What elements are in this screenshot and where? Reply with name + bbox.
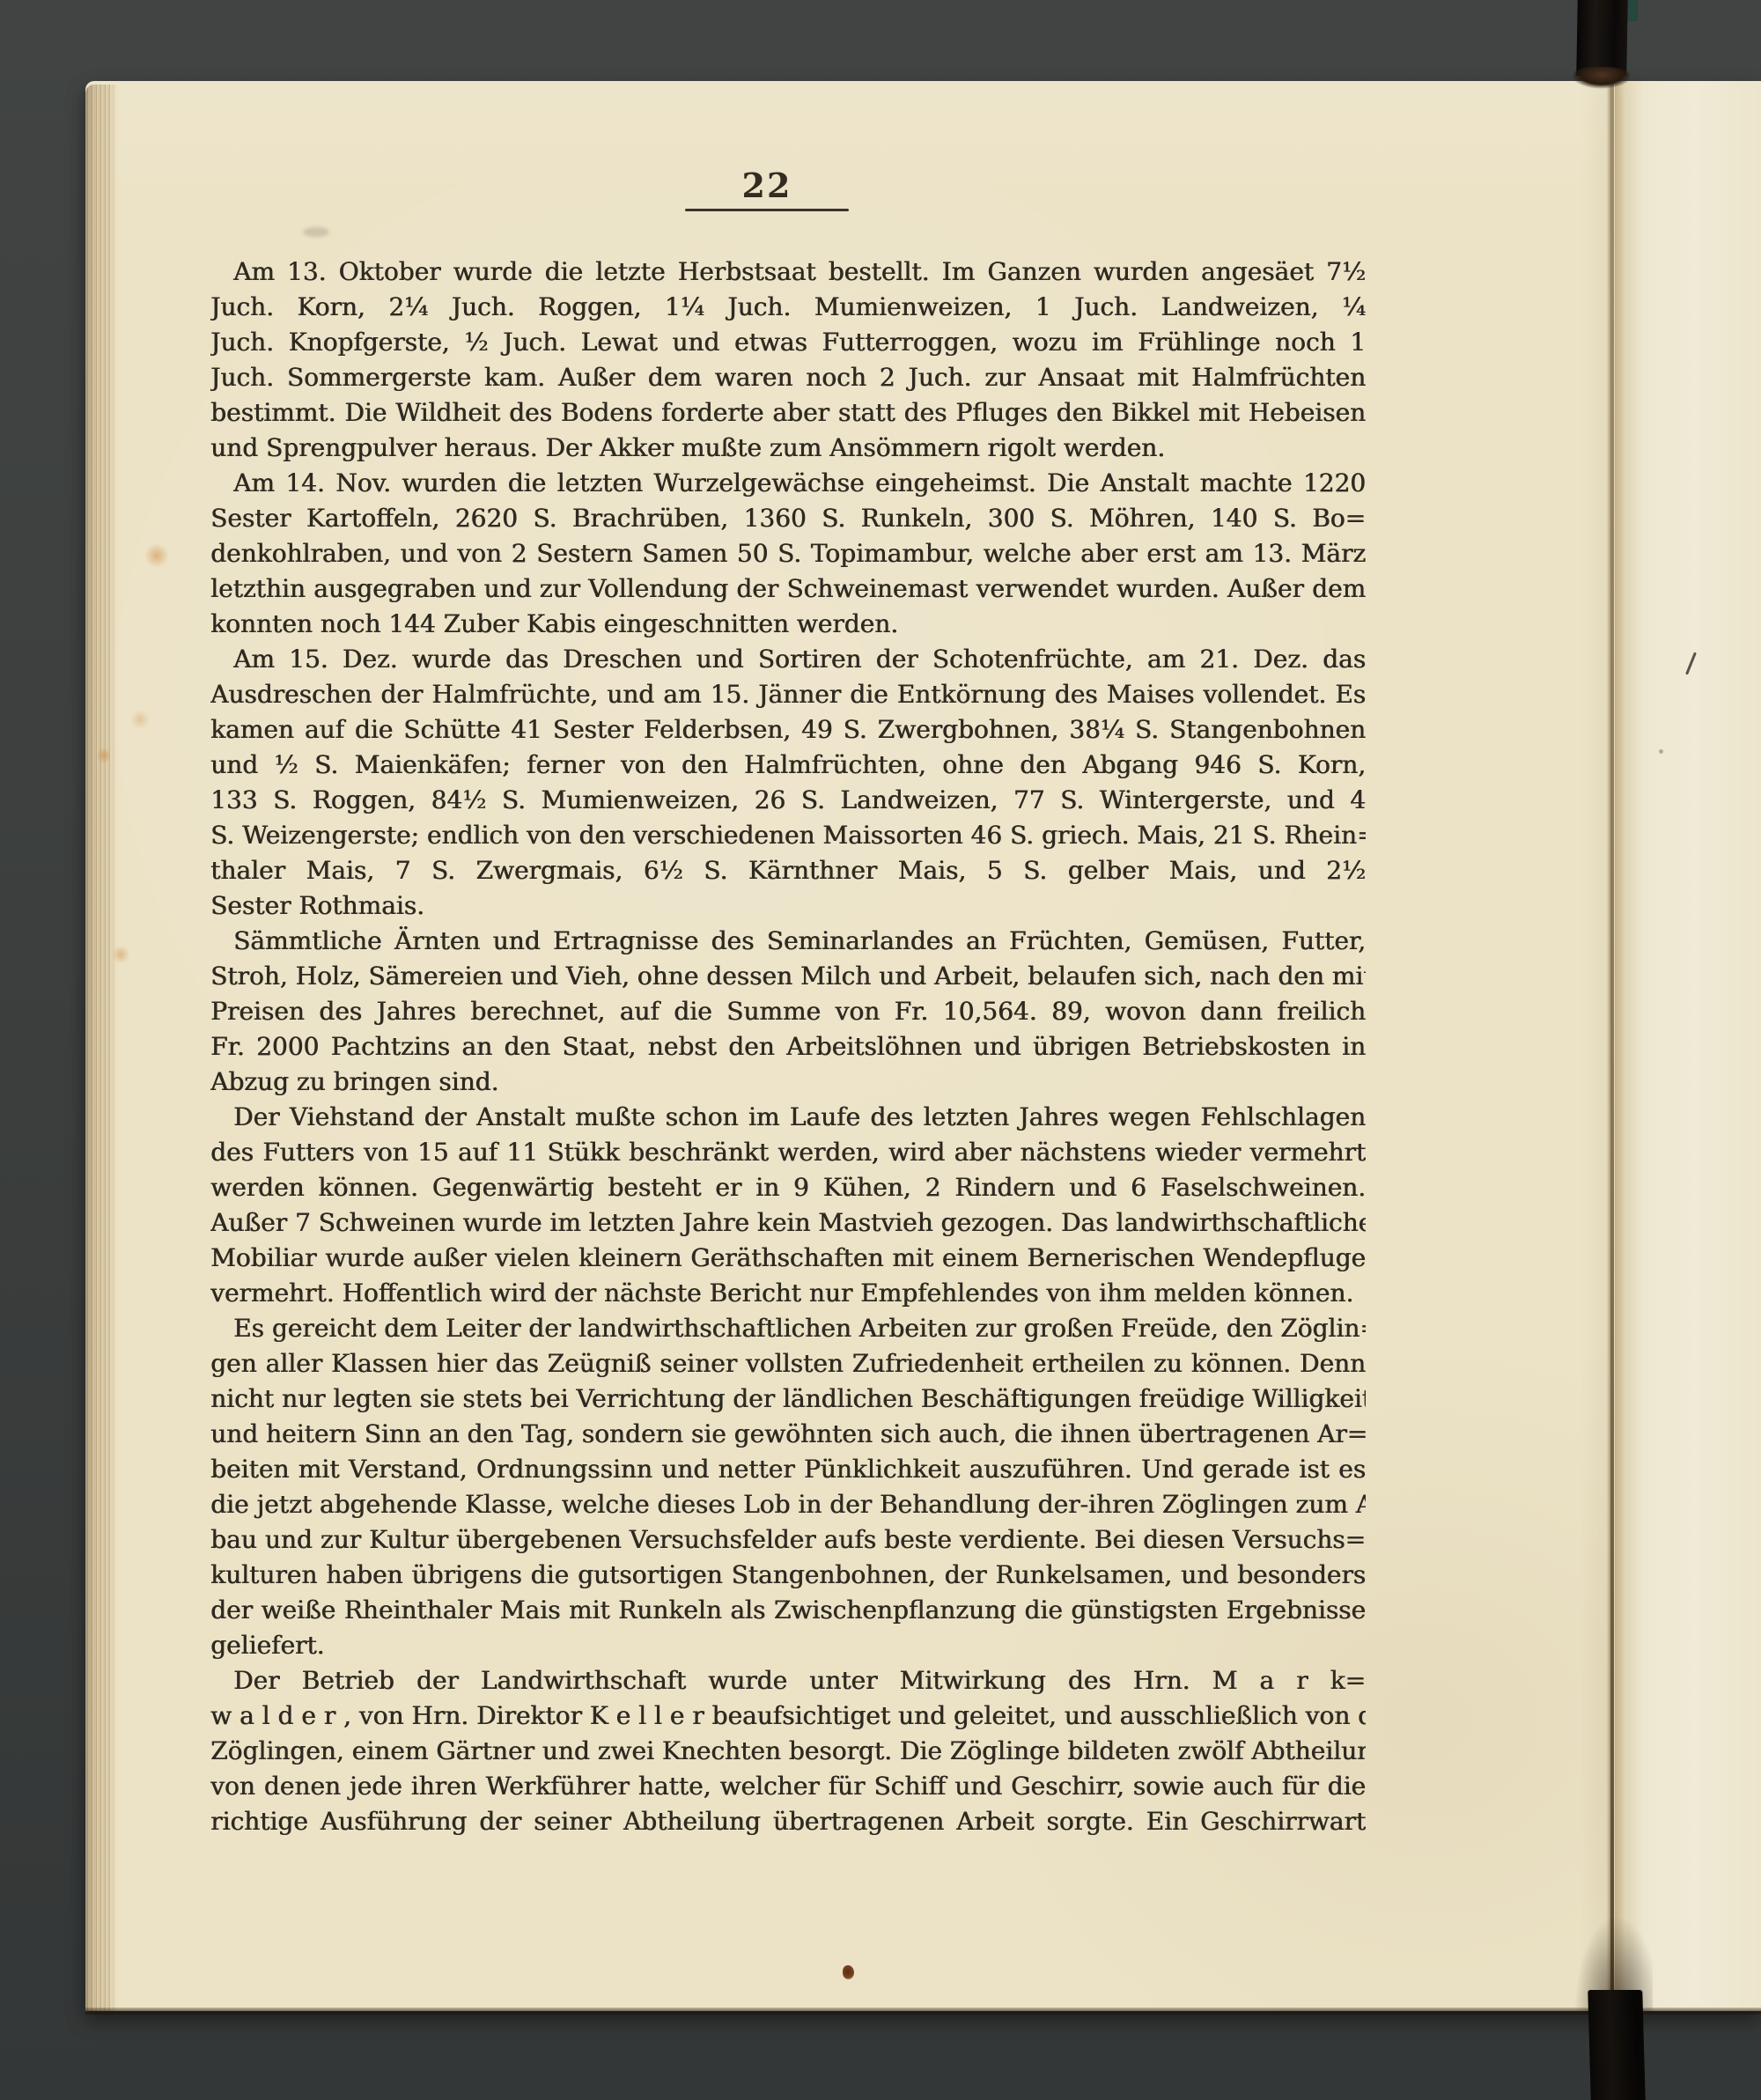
text-line: Ausdreschen der Halmfrüchte, und am 15. … <box>210 677 1366 712</box>
paragraph: Am 15. Dez. wurde das Dreschen und Sorti… <box>210 642 1366 924</box>
text-line: Sester Rothmais. <box>210 888 1366 924</box>
text-line: Abzug zu bringen sind. <box>210 1065 1366 1100</box>
page-number: 22 <box>742 166 792 205</box>
text-line: denkohlraben, und von 2 Sestern Samen 50… <box>210 536 1366 571</box>
text-line: beiten mit Verstand, Ordnungssinn und ne… <box>210 1452 1366 1487</box>
paragraph: Der Betrieb der Landwirthschaft wurde un… <box>210 1663 1366 1839</box>
paragraph: Am 14. Nov. wurden die letzten Wurzelgew… <box>210 466 1366 642</box>
brown-stain <box>843 1965 854 1979</box>
text-line: w a l d e r , von Hrn. Direktor K e l l … <box>210 1698 1366 1734</box>
foxing-spot <box>98 747 110 764</box>
text-line: S. Weizengerste; endlich von den verschi… <box>210 818 1366 853</box>
bookmark-ribbon-bottom <box>1588 1990 1645 2100</box>
text-line: und ½ S. Maienkäfen; ferner von den Halm… <box>210 748 1366 783</box>
text-line: kamen auf die Schütte 41 Sester Felderbs… <box>210 712 1366 748</box>
text-line: von denen jede ihren Werkführer hatte, w… <box>210 1769 1366 1804</box>
text-line: Außer 7 Schweinen wurde im letzten Jahre… <box>210 1205 1366 1241</box>
text-line: Es gereicht dem Leiter der landwirthscha… <box>210 1311 1366 1346</box>
smudge-mark <box>303 227 329 237</box>
text-line: die jetzt abgehende Klasse, welche diese… <box>210 1487 1366 1522</box>
text-line: konnten noch 144 Zuber Kabis eingeschnit… <box>210 607 1366 642</box>
dust-speck <box>1659 749 1663 754</box>
text-line: bestimmt. Die Wildheit des Bodens forder… <box>210 395 1366 431</box>
gutter-fold <box>1610 81 1614 2011</box>
text-line: Juch. Korn, 2¼ Juch. Roggen, 1¼ Juch. Mu… <box>210 290 1366 325</box>
scanned-book-spread: 22 Am 13. Oktober wurde die letzte Herbs… <box>0 0 1761 2100</box>
facing-page-edge <box>1615 81 1761 2011</box>
text-line: nicht nur legten sie stets bei Verrichtu… <box>210 1382 1366 1417</box>
text-line: thaler Mais, 7 S. Zwergmais, 6½ S. Kärnt… <box>210 853 1366 888</box>
text-line: Der Betrieb der Landwirthschaft wurde un… <box>210 1663 1366 1698</box>
text-line: werden können. Gegenwärtig besteht er in… <box>210 1170 1366 1205</box>
text-line: und heitern Sinn an den Tag, sondern sie… <box>210 1417 1366 1452</box>
text-line: der weiße Rheinthaler Mais mit Runkeln a… <box>210 1593 1366 1628</box>
paragraph: Es gereicht dem Leiter der landwirthscha… <box>210 1311 1366 1663</box>
header-rule <box>685 209 849 211</box>
paragraph: Sämmtliche Ärnten und Ertragnisse des Se… <box>210 924 1366 1100</box>
text-line: 133 S. Roggen, 84½ S. Mumienweizen, 26 S… <box>210 783 1366 818</box>
page-fore-edge <box>85 85 119 2011</box>
foxing-spot <box>129 711 151 728</box>
text-line: vermehrt. Hoffentlich wird der nächste B… <box>210 1276 1366 1311</box>
text-line: letzthin ausgegraben und zur Vollendung … <box>210 571 1366 607</box>
paragraph: Der Viehstand der Anstalt mußte schon im… <box>210 1100 1366 1311</box>
text-line: Fr. 2000 Pachtzins an den Staat, nebst d… <box>210 1029 1366 1065</box>
bookmark-ribbon-top <box>1576 0 1628 76</box>
text-line: Preisen des Jahres berechnet, auf die Su… <box>210 994 1366 1029</box>
foxing-spot <box>144 544 170 567</box>
page-header: 22 <box>210 166 1366 211</box>
text-line: kulturen haben übrigens die gutsortigen … <box>210 1558 1366 1593</box>
text-line: geliefert. <box>210 1628 1366 1663</box>
text-line: Sester Kartoffeln, 2620 S. Brachrüben, 1… <box>210 501 1366 536</box>
text-line: gen aller Klassen hier das Zeügniß seine… <box>210 1346 1366 1382</box>
text-line: Der Viehstand der Anstalt mußte schon im… <box>210 1100 1366 1135</box>
foxing-spot <box>111 946 130 963</box>
text-block: Am 13. Oktober wurde die letzte Herbstsa… <box>210 254 1366 1839</box>
text-line: Juch. Knopfgerste, ½ Juch. Lewat und etw… <box>210 325 1366 360</box>
text-line: Stroh, Holz, Sämereien und Vieh, ohne de… <box>210 959 1366 994</box>
text-line: Am 13. Oktober wurde die letzte Herbstsa… <box>210 254 1366 290</box>
text-line: Am 15. Dez. wurde das Dreschen und Sorti… <box>210 642 1366 677</box>
text-line: Mobiliar wurde außer vielen kleinern Ger… <box>210 1241 1366 1276</box>
text-line: Am 14. Nov. wurden die letzten Wurzelgew… <box>210 466 1366 501</box>
text-line: und Sprengpulver heraus. Der Akker mußte… <box>210 431 1366 466</box>
bookmark-ribbon-frayed-end <box>1573 67 1630 90</box>
paragraph: Am 13. Oktober wurde die letzte Herbstsa… <box>210 254 1366 466</box>
text-line: richtige Ausführung der seiner Abtheilun… <box>210 1804 1366 1839</box>
text-line: bau und zur Kultur übergebenen Versuchsf… <box>210 1522 1366 1558</box>
text-line: des Futters von 15 auf 11 Stükk beschrän… <box>210 1135 1366 1170</box>
text-line: Juch. Sommergerste kam. Außer dem waren … <box>210 360 1366 395</box>
text-line: Sämmtliche Ärnten und Ertragnisse des Se… <box>210 924 1366 959</box>
text-line: Zöglingen, einem Gärtner und zwei Knecht… <box>210 1734 1366 1769</box>
